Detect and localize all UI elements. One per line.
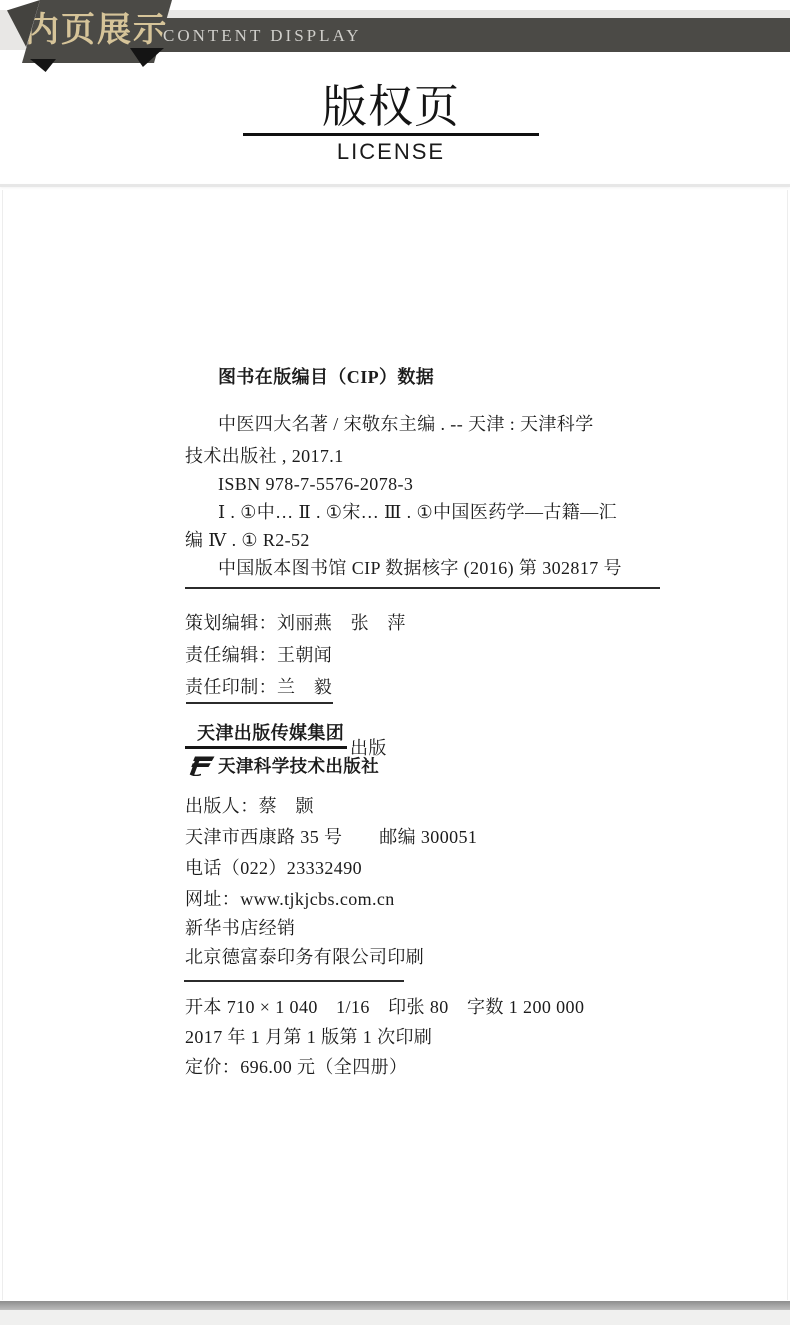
page-right-edge (787, 190, 788, 1300)
printing-row-format: 开本 710 × 1 040 1/16 印张 80 字数 1 200 000 (185, 996, 584, 1018)
page-top-divider (0, 184, 790, 187)
product-content-display-image: { "banner": { "title_cn": "内页展示", "title… (0, 0, 790, 1325)
tjkj-press-logo-icon (186, 755, 216, 776)
publisher-divider-rule (185, 746, 347, 749)
detail-row-publisher-person: 出版人：蔡 颢 (185, 795, 314, 817)
editors-bottom-rule (186, 702, 333, 704)
cip-line-classification: Ⅰ . ①中… Ⅱ . ①宋… Ⅲ . ①中国医药学—古籍—汇 (218, 501, 617, 523)
detail-row-address: 天津市西康路 35 号 邮编 300051 (185, 826, 477, 848)
cip-line-record-number: 中国版本图书馆 CIP 数据核字 (2016) 第 302817 号 (218, 557, 622, 579)
cip-line: 技术出版社 , 2017.1 (185, 445, 344, 467)
press-name: 天津科学技术出版社 (218, 753, 379, 778)
editor-row-planning: 策划编辑：刘丽燕 张 萍 (185, 612, 406, 634)
editor-row-printing: 责任印制：兰 毅 (185, 676, 332, 698)
banner-english-label: CONTENT DISPLAY (139, 18, 790, 53)
publisher-group-name: 天津出版传媒集团 (197, 722, 344, 744)
cip-line-isbn: ISBN 978-7-5576-2078-3 (218, 473, 413, 495)
printing-row-edition: 2017 年 1 月第 1 版第 1 次印刷 (185, 1026, 432, 1048)
ribbon-fold-left (30, 59, 56, 72)
editor-row-responsible: 责任编辑：王朝闻 (185, 644, 332, 666)
banner-english-bar: CONTENT DISPLAY (139, 18, 790, 52)
footer-background (0, 1310, 790, 1325)
section-title-en: LICENSE (243, 138, 539, 166)
page-bottom-shadow (0, 1301, 790, 1310)
cip-bottom-rule (185, 587, 660, 589)
detail-row-printer: 北京德富泰印务有限公司印刷 (185, 946, 424, 968)
section-title-cn: 版权页 (243, 82, 539, 132)
cip-line: 中医四大名著 / 宋敬东主编 . -- 天津 : 天津科学 (218, 413, 594, 435)
section-title-underline (243, 133, 539, 136)
page-left-edge (2, 190, 3, 1300)
printing-row-price: 定价：696.00 元（全四册） (185, 1056, 407, 1078)
press-name-row: 天津科学技术出版社 (186, 753, 379, 778)
detail-row-website: 网址：www.tjkjcbs.com.cn (185, 888, 395, 910)
cip-header: 图书在版编目（CIP）数据 (218, 366, 434, 388)
detail-row-phone: 电话（022）23332490 (185, 857, 362, 879)
details-bottom-rule (184, 980, 404, 982)
cip-line-classification: 编 Ⅳ . ① R2-52 (185, 529, 310, 551)
detail-row-distribution: 新华书店经销 (185, 917, 295, 939)
